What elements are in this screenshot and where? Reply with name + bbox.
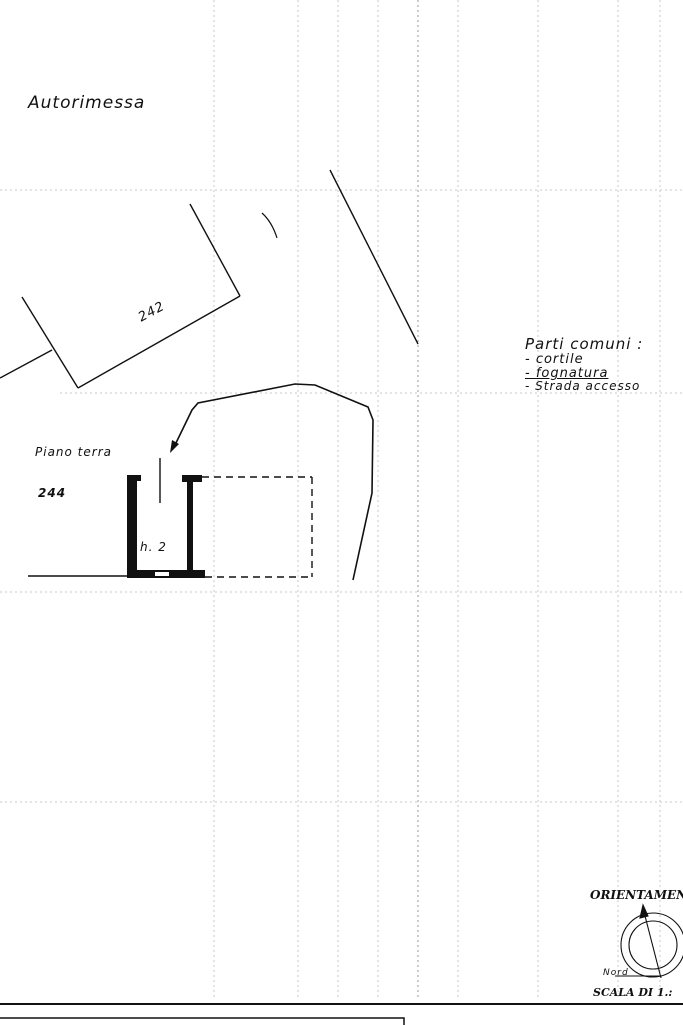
background-grid: [0, 0, 683, 1000]
dashed-outline: [202, 477, 312, 577]
common-part-item: - cortile: [525, 353, 643, 367]
arrowhead-icon: [170, 440, 179, 453]
arc-mark: [262, 213, 277, 238]
plan-drawing: [0, 0, 683, 1025]
floor-plan-sheet: Autorimessa 242 Piano terra 244 h. 2 Par…: [0, 0, 683, 1025]
label-piano-terra: Piano terra: [35, 445, 112, 459]
common-parts-title: Parti comuni :: [525, 335, 643, 353]
title-box-outline: [0, 1018, 404, 1025]
label-height: h. 2: [140, 540, 167, 554]
label-autorimessa: Autorimessa: [28, 93, 145, 113]
parcel-242-outline: [0, 204, 240, 388]
access-path-arrow: [175, 384, 373, 580]
ground-floor-walls: [127, 475, 205, 578]
label-parcel-244: 244: [38, 486, 66, 500]
scale-label: SCALA DI 1.:: [593, 986, 672, 999]
north-label: Nord: [603, 968, 629, 978]
boundary-line: [330, 170, 418, 344]
orientation-title: ORIENTAMENTO: [590, 888, 683, 902]
common-parts-note: Parti comuni : - cortile - fognatura - S…: [525, 335, 643, 392]
common-part-item: - Strada accesso: [525, 380, 643, 392]
